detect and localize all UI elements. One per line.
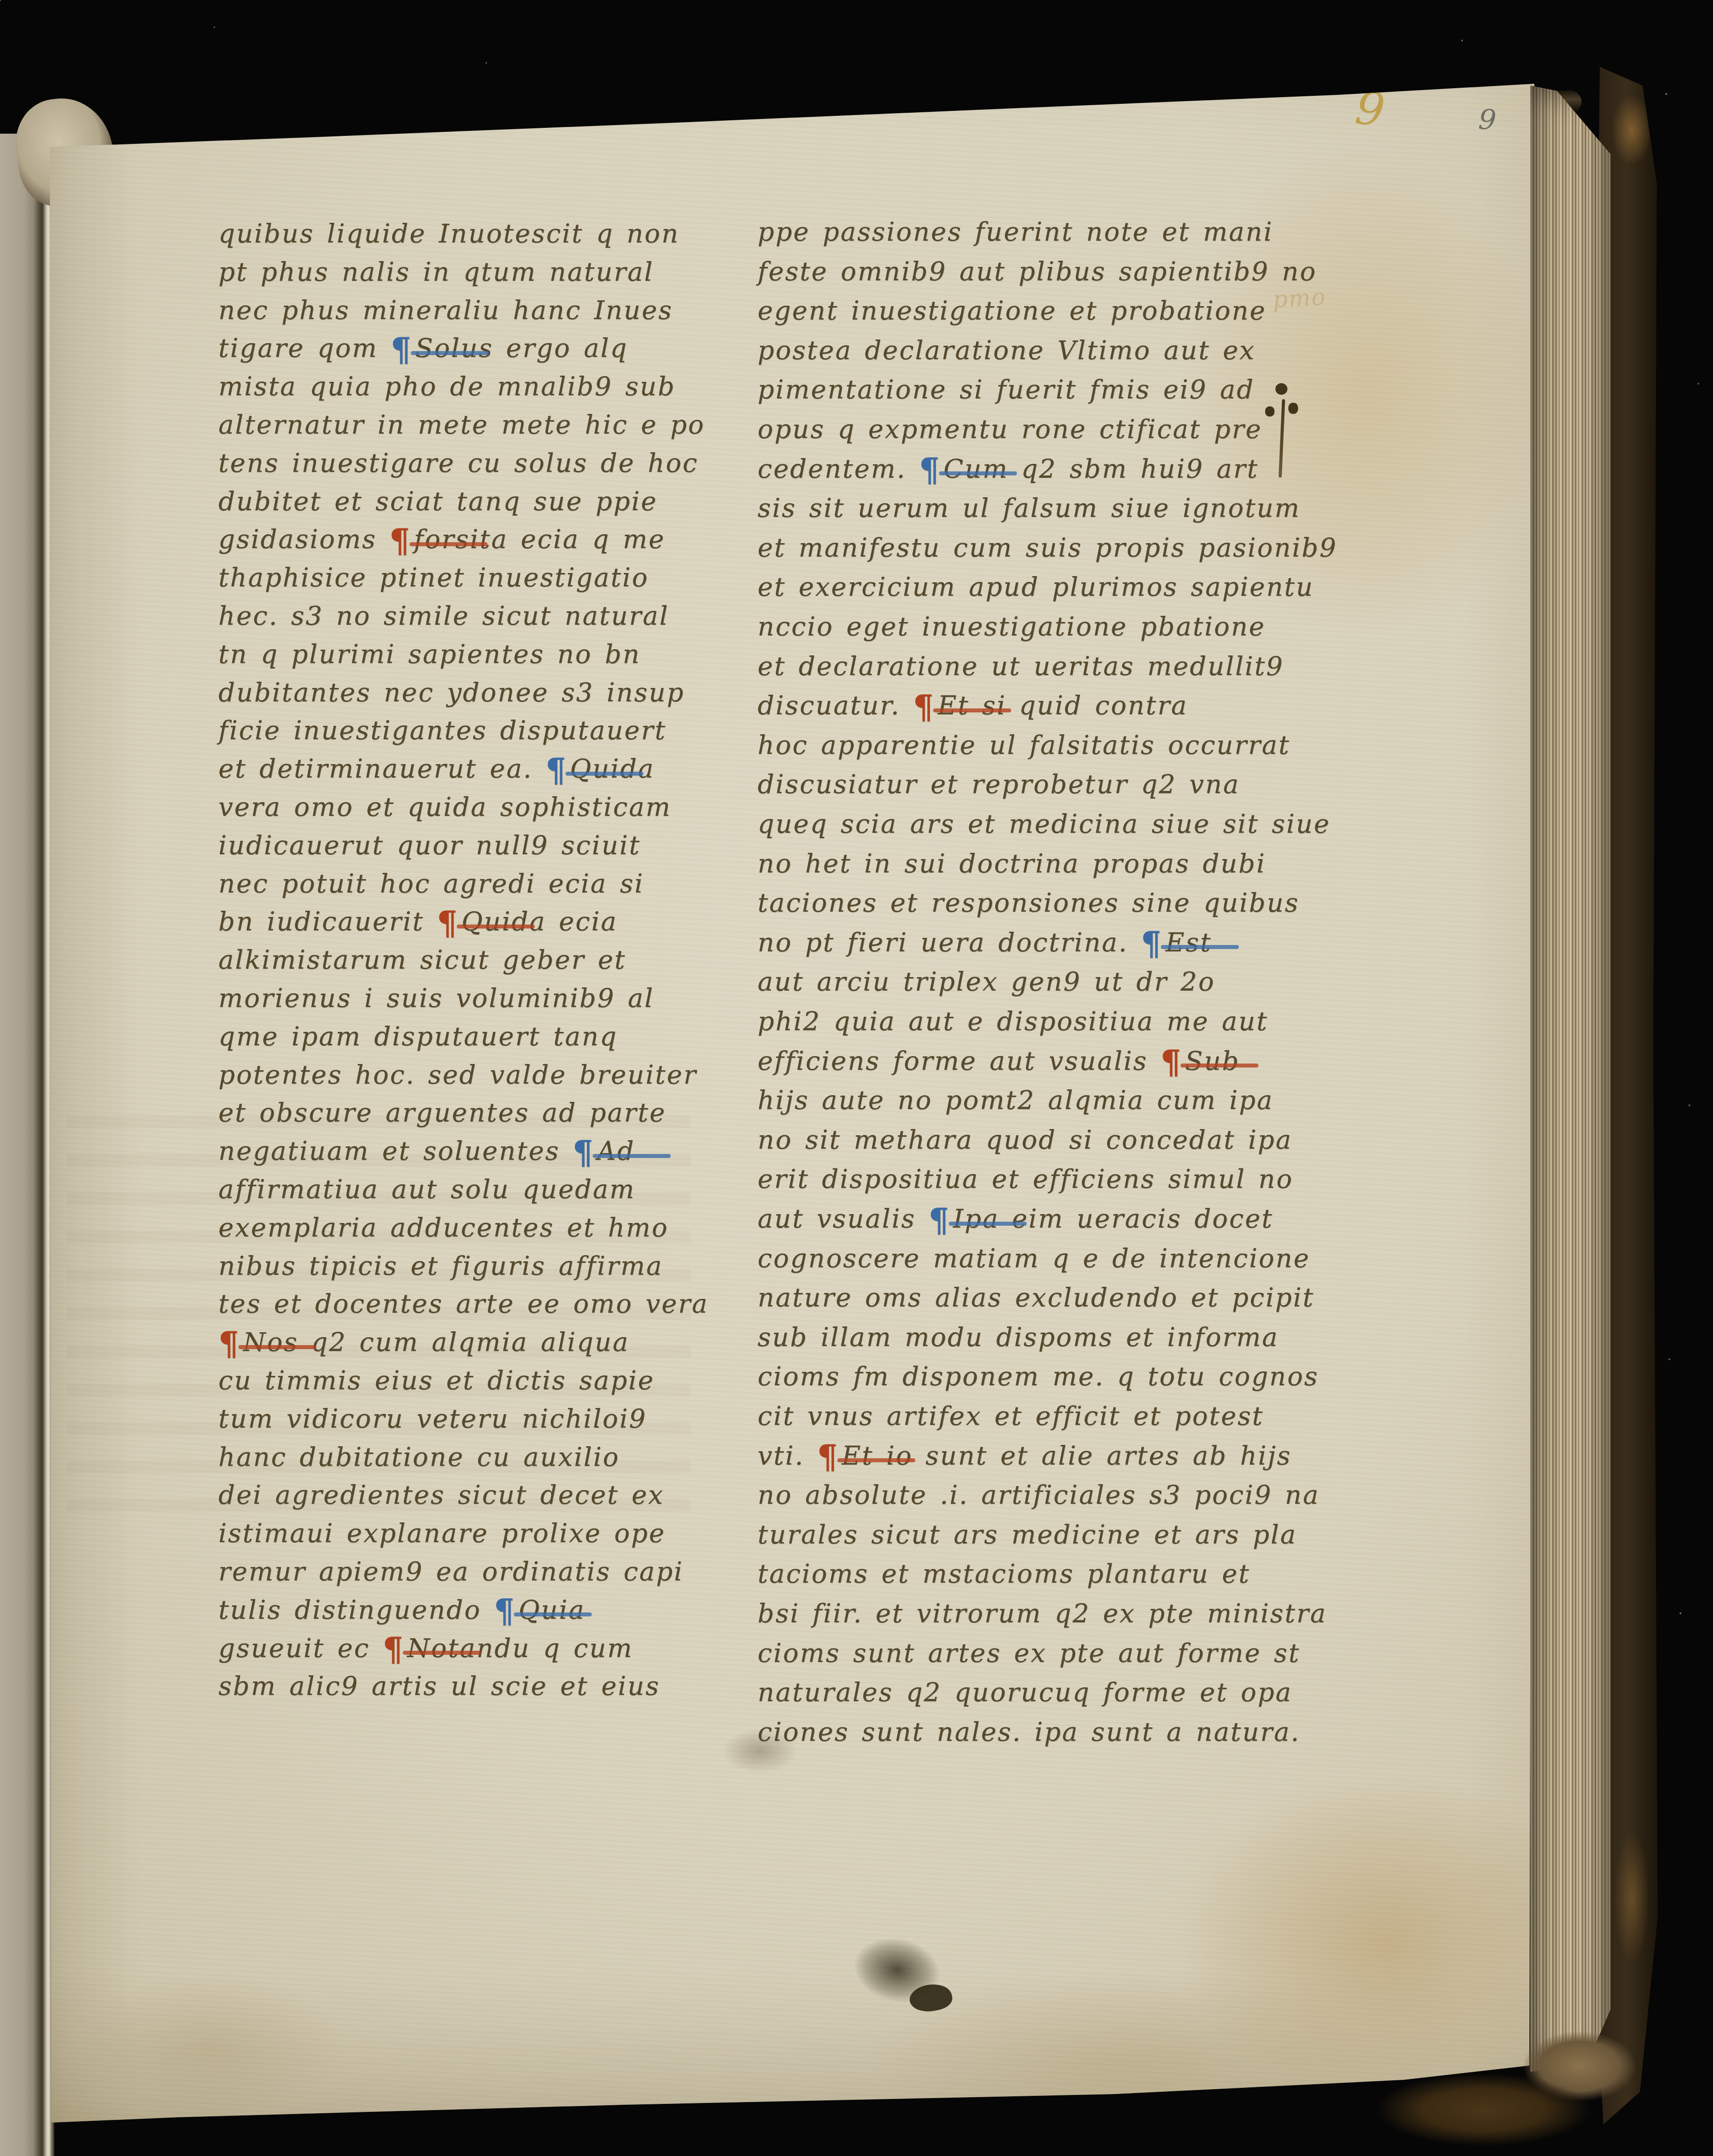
manuscript-line: cedentem. ¶Cum q2 sbm hui9 art [758,454,1258,483]
gutter-page-edges [0,134,54,2156]
manuscript-line: efficiens forme aut vsualis ¶Sub [758,1047,1240,1075]
worn-corner-patch [1611,94,1652,166]
manuscript-line: discusiatur et reprobetur q2 vna [758,770,1240,798]
manuscript-line: vti. ¶Et io sunt et alie artes ab hijs [758,1441,1291,1470]
manuscript-line: ppe passiones fuerint note et mani [758,217,1273,246]
manuscript-line: phi2 quia aut e dispositiua me aut [758,1007,1268,1035]
manuscript-line: et manifestu cum suis propis pasionib9 [758,533,1337,562]
ink-blot-core [907,1980,954,2015]
manuscript-line: cit vnus artifex et efficit et potest [758,1402,1264,1430]
manuscript-line: no pt fieri uera doctrina. ¶Est [758,928,1212,957]
manuscript-line: et exercicium apud plurimos sapientu [758,573,1314,601]
manuscript-page: 9 9 pmo quibus liquide Inuotescit q nonp… [0,0,1713,2156]
manuscript-line: nature oms alias excludendo et pcipit [758,1283,1315,1312]
worn-patch [1614,1831,1650,1965]
text-column-right: ppe passiones fuerint note et manifeste … [0,0,1713,2156]
manuscript-line: sub illam modu dispoms et informa [758,1323,1279,1351]
manuscript-line: no sit methara quod si concedat ipa [758,1125,1292,1154]
manuscript-line: erit dispositiua et efficiens simul no [758,1165,1293,1193]
manuscript-line: feste omnib9 aut plibus sapientib9 no [758,257,1317,286]
manuscript-line: et declaratione ut ueritas medullit9 [758,652,1284,680]
manuscript-line: egent inuestigatione et probatione [758,296,1266,325]
manuscript-line: no het in sui doctrina propas dubi [758,849,1266,878]
manuscript-line: aut arciu triplex gen9 ut dr 2o [758,967,1215,996]
manuscript-line: hijs aute no pomt2 alqmia cum ipa [758,1086,1274,1114]
manuscript-line: aut vsualis ¶Ipa eim ueracis docet [758,1204,1273,1233]
manuscript-line: queq scia ars et medicina siue sit siue [758,810,1331,838]
manuscript-line: discuatur. ¶Et si quid contra [758,691,1188,720]
manuscript-line: cioms fm disponem me. q totu cognos [758,1362,1319,1391]
fore-edge-pages [1530,79,1611,2093]
manuscript-line: no absolute .i. artificiales s3 poci9 na [758,1481,1320,1509]
manuscript-line: ciones sunt nales. ipa sunt a natura. [758,1718,1300,1746]
manuscript-line: cioms sunt artes ex pte aut forme st [758,1639,1300,1667]
manuscript-line: postea declaratione Vltimo aut ex [758,336,1255,364]
photographed-codex-scene: 9 9 pmo quibus liquide Inuotescit q nonp… [0,0,1713,2156]
manuscript-line: cognoscere matiam q e de intencione [758,1244,1310,1272]
manuscript-line: turales sicut ars medicine et ars pla [758,1520,1297,1549]
manuscript-line: naturales q2 quorucuq forme et opa [758,1678,1292,1706]
manuscript-line: taciones et responsiones sine quibus [758,888,1299,917]
manuscript-line: hoc apparentie ul falsitatis occurrat [758,731,1290,759]
dust-specks [0,0,1,1]
manuscript-line: pimentatione si fuerit fmis ei9 ad [758,375,1254,404]
manuscript-line: sis sit uerum ul falsum siue ignotum [758,494,1300,522]
manuscript-line: bsi fiir. et vitrorum q2 ex pte ministra [758,1599,1327,1628]
manuscript-line: tacioms et mstacioms plantaru et [758,1559,1250,1588]
manuscript-line: opus q expmentu rone ctificat pre [758,415,1262,443]
manuscript-line: nccio eget inuestigatione pbatione [758,612,1266,641]
